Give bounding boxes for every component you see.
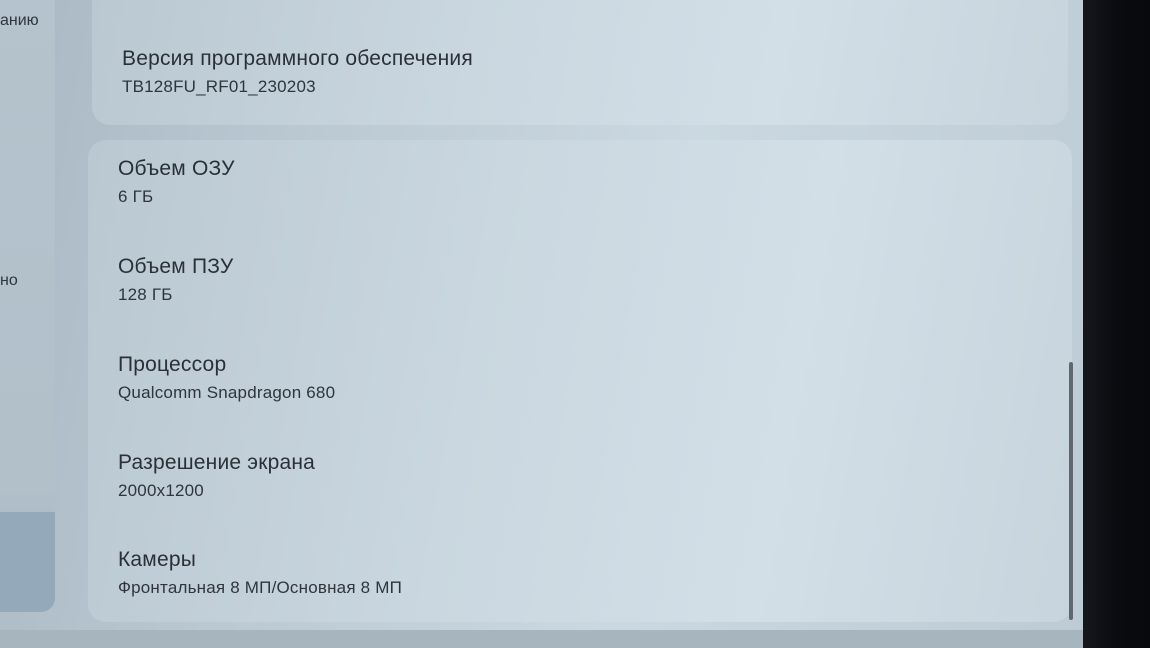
storage-value: 128 ГБ <box>118 285 233 305</box>
cameras-row[interactable]: Камеры Фронтальная 8 МП/Основная 8 МП <box>118 548 402 598</box>
ram-row[interactable]: Объем ОЗУ 6 ГБ <box>118 157 235 207</box>
screen-resolution-label: Разрешение экрана <box>118 451 315 475</box>
cameras-value: Фронтальная 8 МП/Основная 8 МП <box>118 578 402 598</box>
hardware-info-card: Объем ОЗУ 6 ГБ Объем ПЗУ 128 ГБ Процессо… <box>88 140 1072 622</box>
ram-label: Объем ОЗУ <box>118 157 235 181</box>
software-info-card: Версия программного обеспечения TB128FU_… <box>92 0 1068 125</box>
processor-label: Процессор <box>118 353 335 377</box>
sidebar-item-partial-1[interactable]: анию <box>0 12 39 30</box>
storage-row[interactable]: Объем ПЗУ 128 ГБ <box>118 255 233 305</box>
bottom-edge <box>0 630 1085 648</box>
storage-label: Объем ПЗУ <box>118 255 233 279</box>
screen-resolution-value: 2000x1200 <box>118 481 315 501</box>
scrollbar[interactable] <box>1069 362 1073 620</box>
processor-value: Qualcomm Snapdragon 680 <box>118 383 335 403</box>
cameras-label: Камеры <box>118 548 402 572</box>
software-version-label: Версия программного обеспечения <box>122 47 473 71</box>
settings-sidebar <box>0 0 55 612</box>
sidebar-selected-item[interactable] <box>0 512 55 612</box>
software-version-value: TB128FU_RF01_230203 <box>122 77 473 97</box>
screen-resolution-row[interactable]: Разрешение экрана 2000x1200 <box>118 451 315 501</box>
device-screen: анию но Версия программного обеспечения … <box>0 0 1085 648</box>
processor-row[interactable]: Процессор Qualcomm Snapdragon 680 <box>118 353 335 403</box>
software-version-row[interactable]: Версия программного обеспечения TB128FU_… <box>122 47 473 97</box>
device-bezel <box>1083 0 1150 648</box>
ram-value: 6 ГБ <box>118 187 235 207</box>
sidebar-item-partial-2[interactable]: но <box>0 272 18 290</box>
